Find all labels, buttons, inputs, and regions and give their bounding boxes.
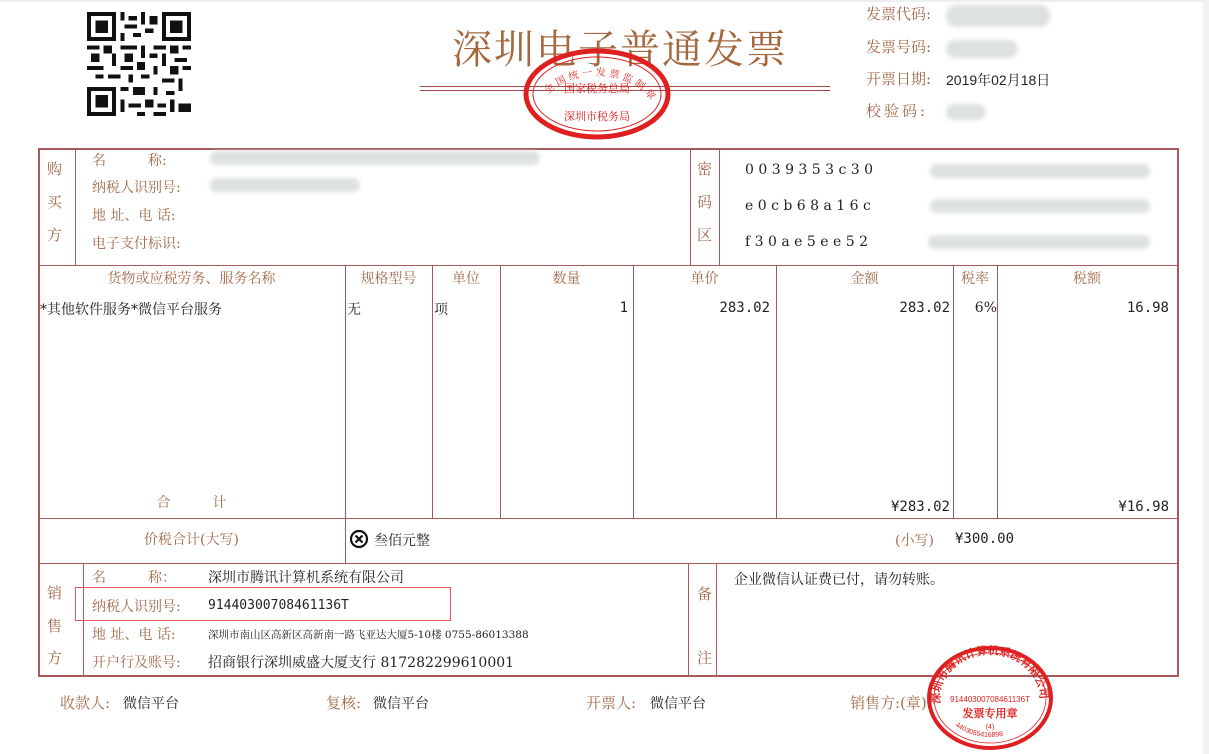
check-code-label: 校验码: xyxy=(866,100,928,121)
seller-name-value: 深圳市腾讯计算机系统有限公司 xyxy=(208,567,404,587)
seller-seal-label: 销售方:(章) xyxy=(850,692,927,713)
item-amount: 283.02 xyxy=(776,300,950,316)
invoice-code-label: 发票代码: xyxy=(866,3,931,24)
drawer-value: 微信平台 xyxy=(650,693,706,713)
buyer-side-label-1: 购 xyxy=(47,158,62,179)
cipher-line-2: e 0 c b 6 8 a 1 6 c xyxy=(745,198,871,214)
buyer-payment-id-label: 电子支付标识: xyxy=(92,233,181,253)
buyer-taxid-value-redacted xyxy=(210,178,360,192)
header-tax-rate: 税率 xyxy=(953,268,997,288)
seller-bank-label: 开户行及账号: xyxy=(92,652,181,672)
total-amount: ¥283.02 xyxy=(776,499,950,515)
supervision-stamp-icon: 全 国 统 一 发 票 监 制 章 国家税务总局 深圳市税务局 xyxy=(522,48,672,140)
invoice-code-value-redacted xyxy=(946,5,1050,27)
grand-total-label: 价税合计(大写) xyxy=(38,529,345,549)
total-tax: ¥16.98 xyxy=(997,499,1169,515)
cipher-side-label-3: 区 xyxy=(697,224,712,245)
page-top-edge xyxy=(0,0,1209,2)
seller-side-label-3: 方 xyxy=(47,647,62,668)
item-spec: 无 xyxy=(347,299,361,319)
drawer-label: 开票人: xyxy=(586,692,636,713)
total-label: 合 计 xyxy=(38,492,345,512)
header-goods-name: 货物或应税劳务、服务名称 xyxy=(38,268,345,288)
cipher-line-1: 0 0 3 9 3 5 3 c 3 0 xyxy=(745,162,873,178)
seller-taxid-value: 91440300708461136T xyxy=(208,598,349,613)
seller-side-label-1: 销 xyxy=(47,582,62,603)
seller-address-label: 地 址、电 话: xyxy=(92,624,176,644)
svg-text:(4): (4) xyxy=(986,724,995,731)
buyer-name-label: 名 称: xyxy=(92,150,167,170)
seller-bank-value: 招商银行深圳威盛大厦支行 817282299610001 xyxy=(208,652,514,672)
buyer-side-label-2: 买 xyxy=(47,191,62,212)
issue-date-value: 2019年02月18日 xyxy=(946,70,1050,90)
seller-name-label: 名 称： xyxy=(92,567,176,587)
seller-invoice-stamp-icon: 深圳市腾讯计算机系统有限公司 91440300708461136T 发票专用章 … xyxy=(925,645,1055,751)
svg-text:发票专用章: 发票专用章 xyxy=(962,706,1018,720)
cipher-line-3-redacted xyxy=(928,235,1150,249)
item-tax-rate: 6% xyxy=(953,300,997,316)
cipher-line-3: f 3 0 a e 5 e e 5 2 xyxy=(745,234,868,250)
invoice-number-label: 发票号码: xyxy=(866,36,931,57)
buyer-name-value-redacted xyxy=(210,151,540,165)
seller-side-label-2: 售 xyxy=(47,615,62,636)
check-code-value-redacted xyxy=(946,104,986,120)
header-unit-price: 单价 xyxy=(633,268,776,288)
header-tax-amount: 税额 xyxy=(997,268,1177,288)
payee-value: 微信平台 xyxy=(123,693,179,713)
buyer-taxid-label: 纳税人识别号: xyxy=(92,177,181,197)
invoice-number-value-redacted xyxy=(946,40,1018,58)
cipher-line-2-redacted xyxy=(930,199,1150,213)
remarks-side-label-2: 注 xyxy=(697,647,712,668)
seller-address-value: 深圳市南山区高新区高新南一路飞亚达大厦5-10楼 0755-86013388 xyxy=(208,627,529,642)
scrollbar-track[interactable] xyxy=(1203,0,1209,754)
reviewer-label: 复核: xyxy=(326,692,361,713)
item-tax-amount: 16.98 xyxy=(997,300,1169,316)
grand-total-small-label: (小写) xyxy=(895,530,934,550)
cipher-side-label-2: 码 xyxy=(697,191,712,212)
svg-text:国家税务总局: 国家税务总局 xyxy=(564,81,630,95)
header-amount: 金额 xyxy=(776,268,953,288)
grand-total-upper: 叁佰元整 xyxy=(374,530,430,550)
cipher-line-1-redacted xyxy=(930,164,1150,178)
remarks-side-label-1: 备 xyxy=(697,583,712,604)
seller-taxid-label: 纳税人识别号: xyxy=(92,596,181,616)
issue-date-label: 开票日期: xyxy=(866,68,931,89)
header-unit: 单位 xyxy=(432,268,500,288)
svg-text:91440300708461136T: 91440300708461136T xyxy=(950,695,1030,704)
buyer-side-label-3: 方 xyxy=(47,224,62,245)
cipher-side-label-1: 密 xyxy=(697,158,712,179)
item-unit-price: 283.02 xyxy=(633,300,770,316)
item-quantity: 1 xyxy=(500,300,628,316)
qr-code-icon xyxy=(87,12,191,116)
circled-x-icon xyxy=(349,529,369,549)
payee-label: 收款人: xyxy=(60,692,110,713)
grand-total-lower: ¥300.00 xyxy=(955,531,1014,547)
header-spec: 规格型号 xyxy=(345,268,432,288)
remarks-text: 企业微信认证费已付，请勿转账。 xyxy=(734,569,944,589)
buyer-address-label: 地 址、电 话: xyxy=(92,205,176,225)
reviewer-value: 微信平台 xyxy=(373,693,429,713)
item-unit: 项 xyxy=(434,299,448,319)
item-name: *其他软件服务*微信平台服务 xyxy=(40,299,222,319)
svg-text:深圳市税务局: 深圳市税务局 xyxy=(564,109,630,123)
header-quantity: 数量 xyxy=(500,268,633,288)
